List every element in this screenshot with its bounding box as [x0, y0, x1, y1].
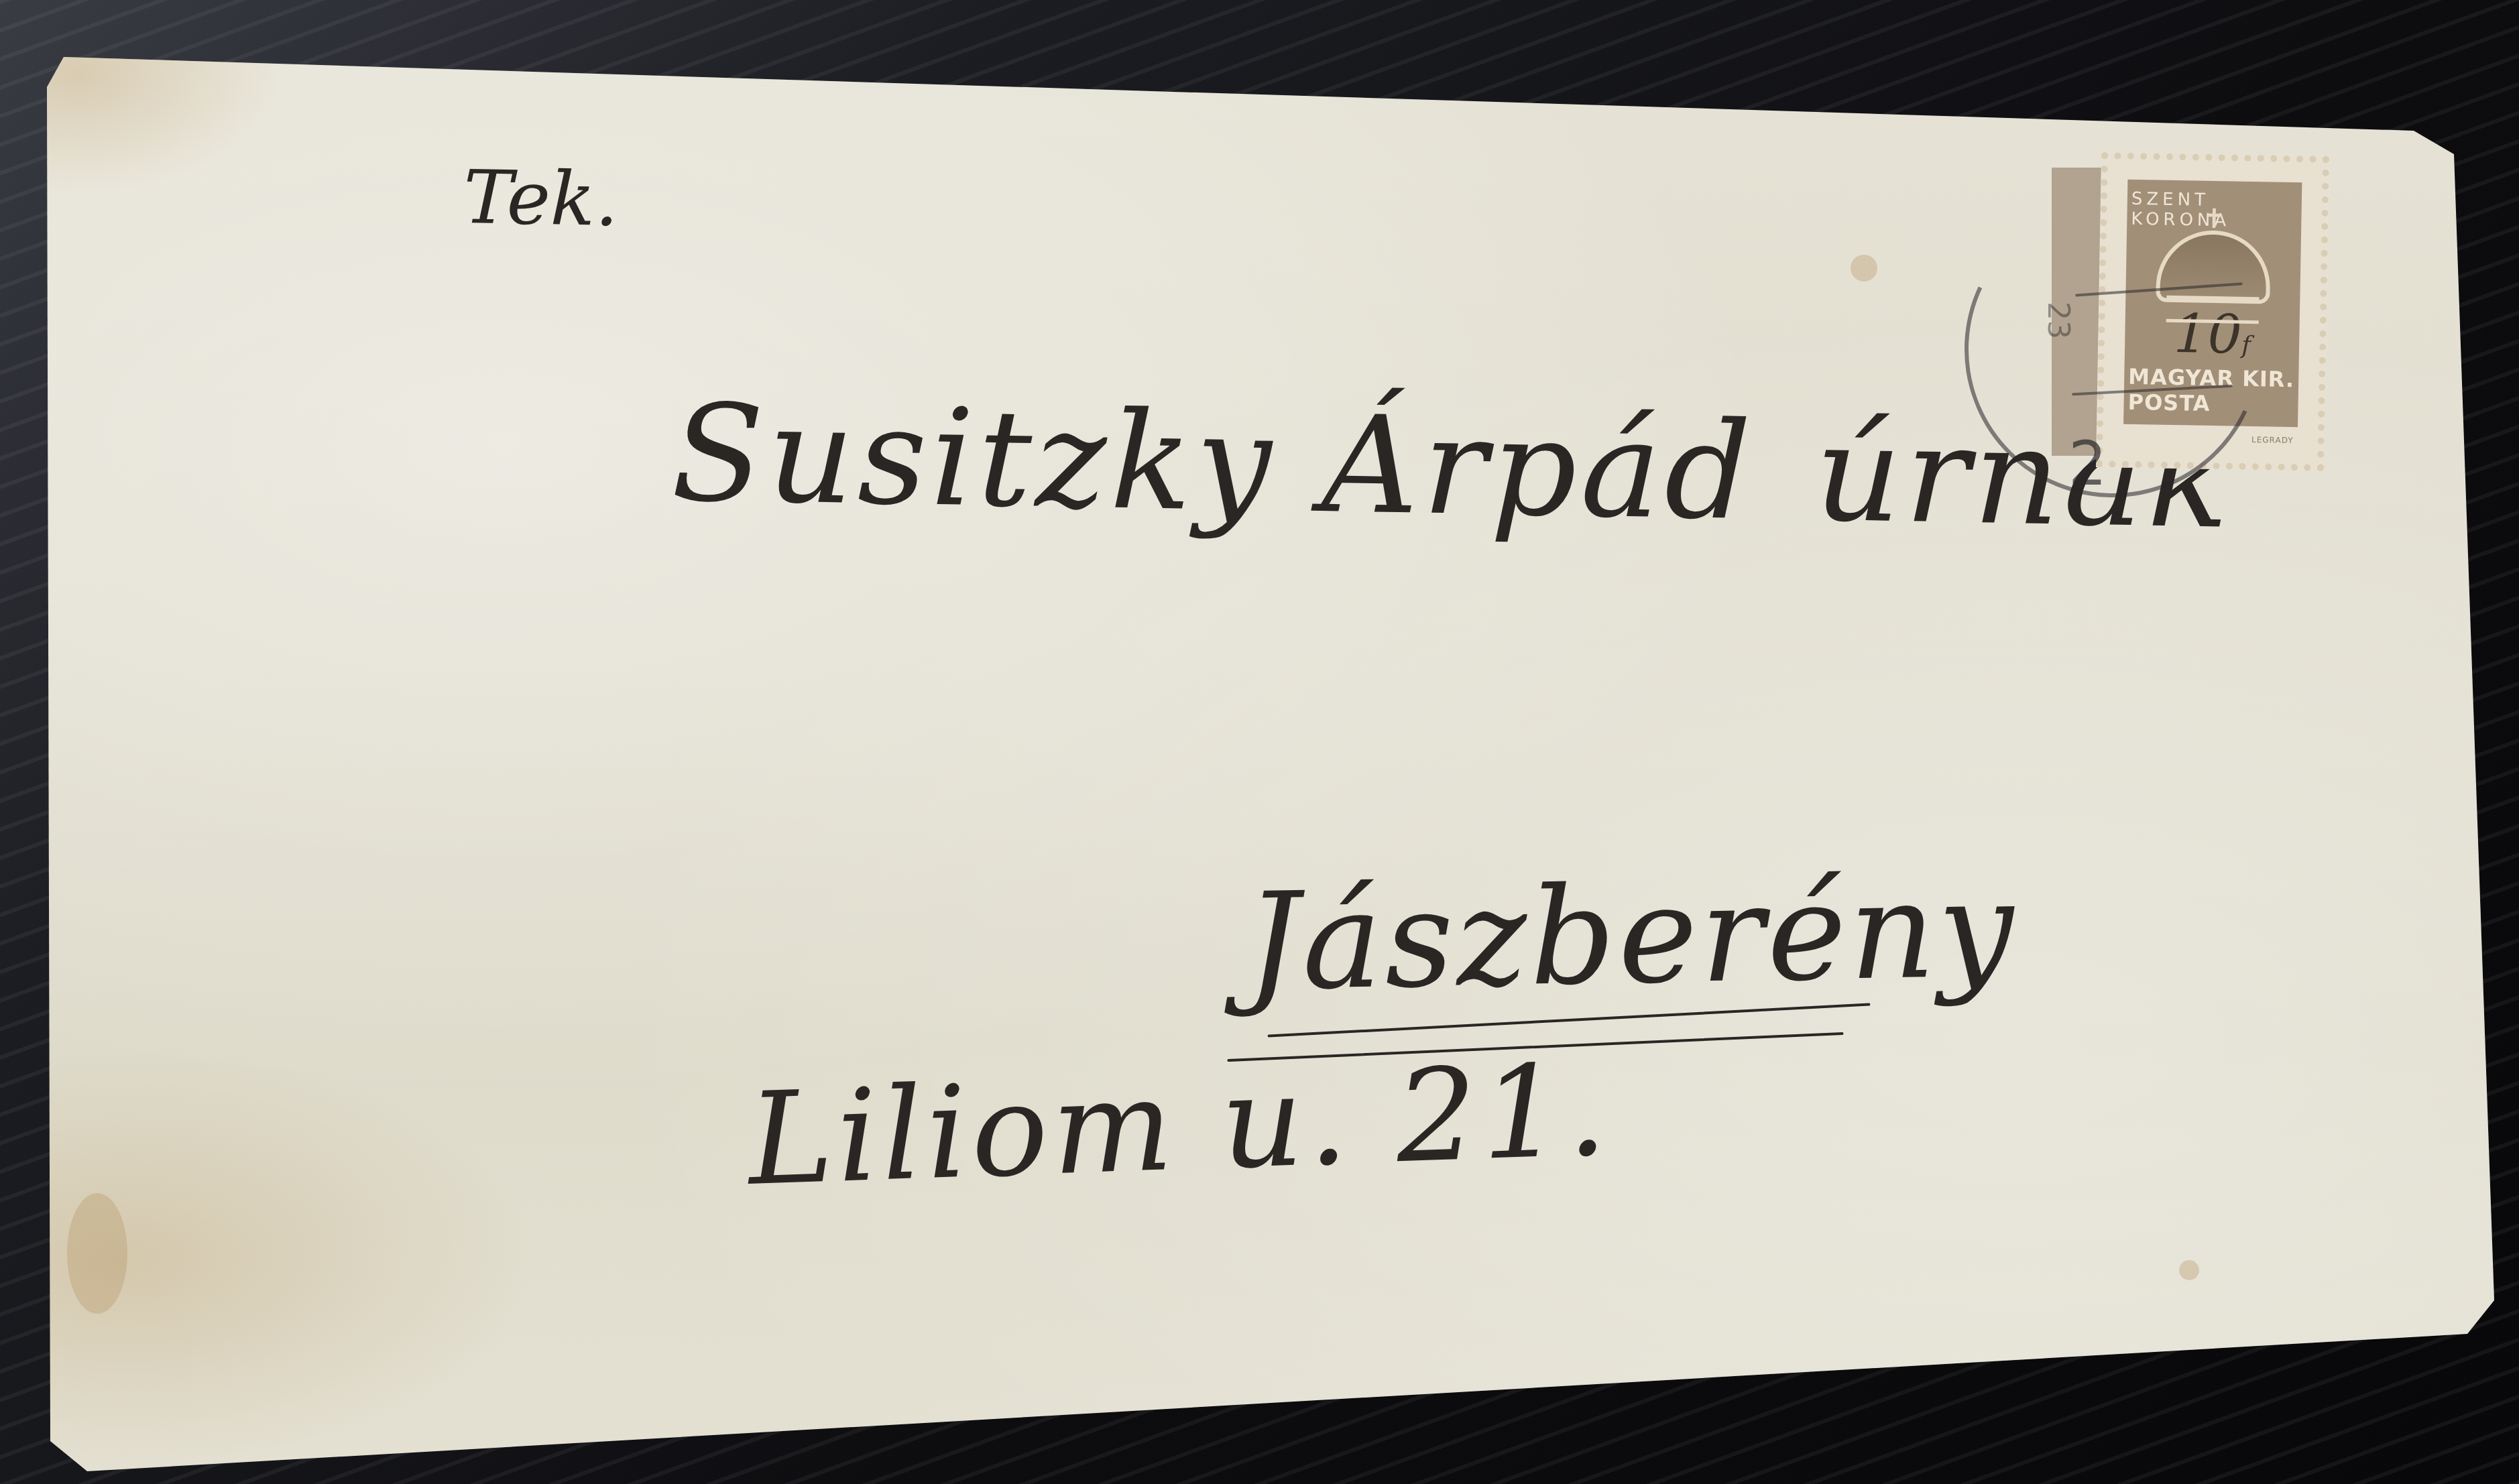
stamp-designer: LEGRADY [2251, 435, 2294, 445]
stain [67, 1193, 127, 1314]
envelope: Tek. Susitzky Árpádúrnak Jászberény Lili… [0, 0, 2519, 1484]
city: Jászberény [1244, 851, 2017, 1021]
postmark-date: 23 [2041, 302, 2075, 339]
stain [1851, 255, 1877, 282]
stain [2179, 1260, 2199, 1280]
street-address: Liliom u. 21. [746, 1036, 1613, 1214]
recipient-name: Susitzky Árpád [670, 375, 1756, 550]
postmark-number: 2 [2068, 429, 2107, 499]
address-prefix: Tek. [463, 154, 620, 243]
